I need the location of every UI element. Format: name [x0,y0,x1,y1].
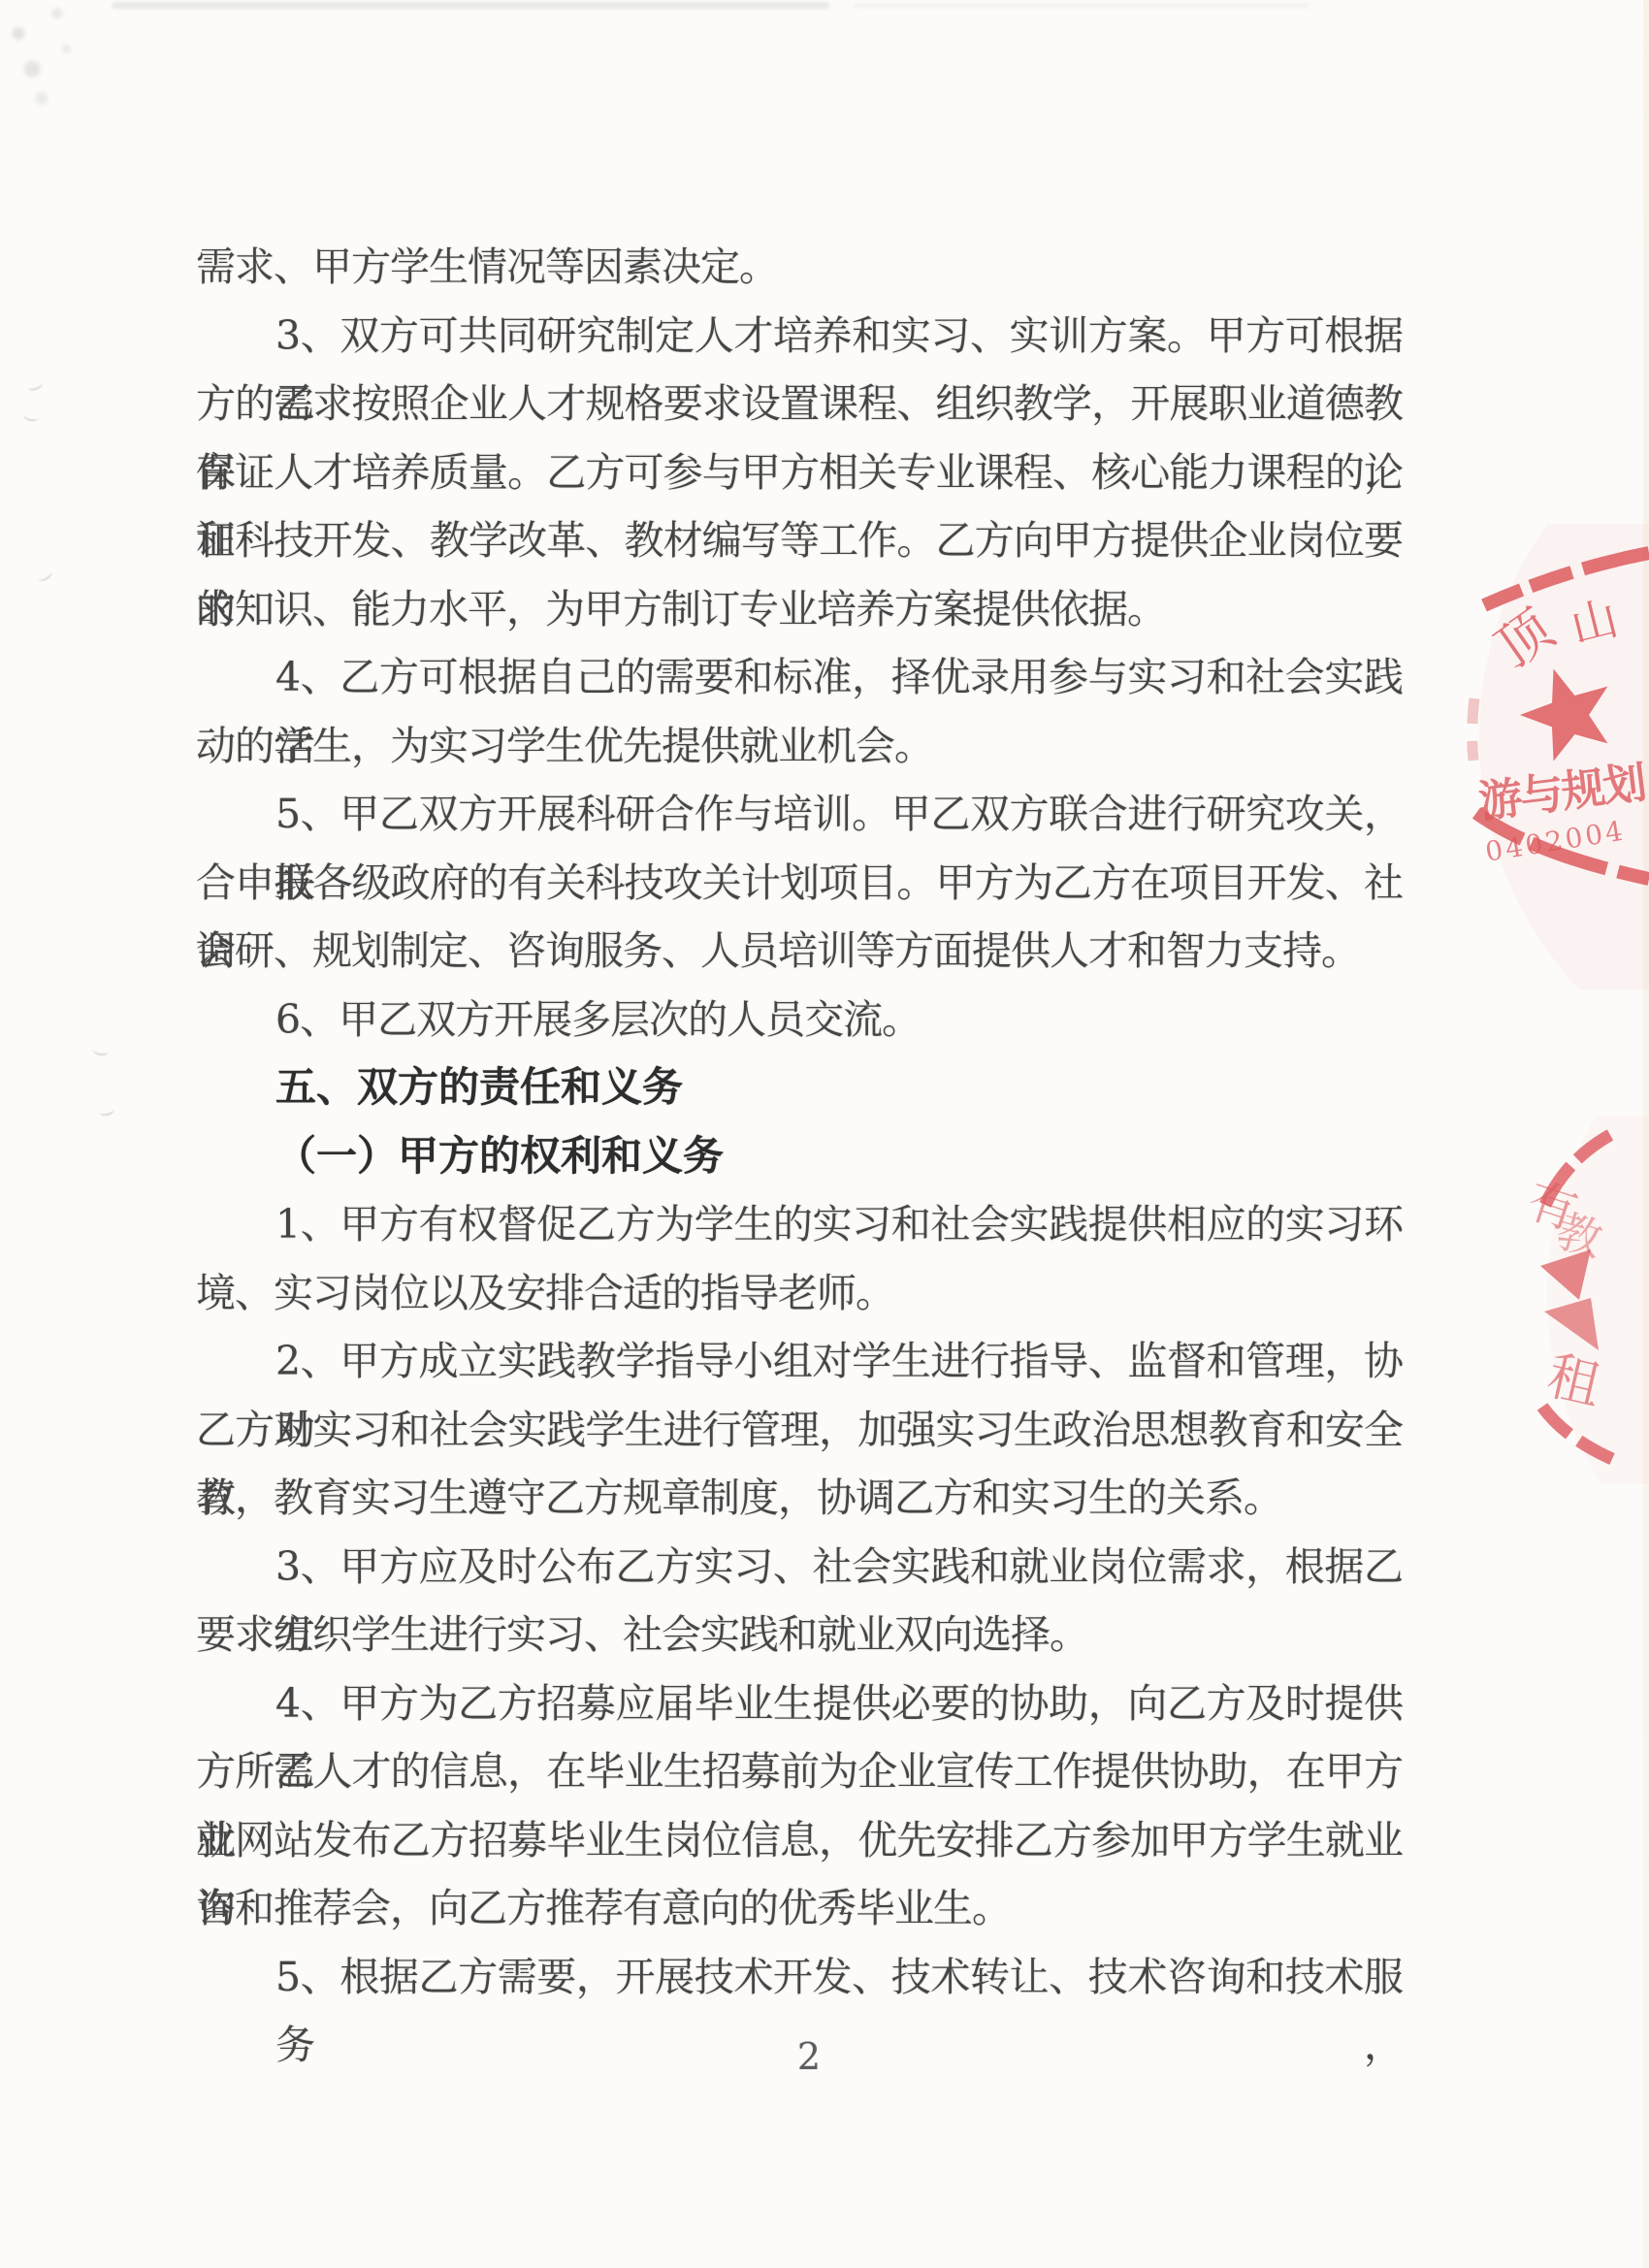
scan-streak-top-right [854,3,1309,8]
scan-smudge [22,409,40,422]
text-line: 业网站发布乙方招募毕业生岗位信息，优先安排乙方参加甲方学生就业咨 [196,1806,1403,1875]
text-line: 要求组织学生进行实习、社会实践和就业双向选择。 [196,1601,1403,1669]
red-seal-upper: 顶 山 游与规划 0402004 [1450,524,1649,989]
section-heading: 五、双方的责任和义务 [196,1053,1403,1122]
text-line: 和科技开发、教学改革、教材编写等工作。乙方向甲方提供企业岗位要求 [196,506,1403,575]
red-seal-lower: 有 教 租 [1508,1116,1649,1484]
page-number: 2 [0,2035,1633,2078]
text-line: 3、甲方应及时公布乙方实习、社会实践和就业岗位需求，根据乙方 [196,1533,1403,1602]
text-line: 5、根据乙方需要，开展技术开发、技术转让、技术咨询和技术服务， [196,1943,1403,2012]
scan-noise-top-left [0,0,92,112]
text-line: 方的需求按照企业人才规格要求设置课程、组织教学，开展职业道德教育， [196,370,1403,438]
text-line: 调研、规划制定、咨询服务、人员培训等方面提供人才和智力支持。 [196,917,1403,986]
scan-smudge [98,1104,115,1118]
text-line: 保证人才培养质量。乙方可参与甲方相关专业课程、核心能力课程的论证 [196,438,1403,507]
text-line: 6、甲乙双方开展多层次的人员交流。 [196,986,1403,1054]
text-line: 1、甲方有权督促乙方为学生的实习和社会实践提供相应的实习环 [196,1190,1403,1259]
text-line: 境、实习岗位以及安排合适的指导老师。 [196,1259,1403,1328]
text-line: 需求、甲方学生情况等因素决定。 [196,233,1403,302]
text-line: 合申报各级政府的有关科技攻关计划项目。甲方为乙方在项目开发、社会 [196,849,1403,918]
text-line: 5、甲乙双方开展科研合作与培训。甲乙双方联合进行研究攻关，联 [196,780,1403,849]
subsection-heading: （一）甲方的权利和义务 [196,1122,1403,1191]
text-line: 的知识、能力水平，为甲方制订专业培养方案提供依据。 [196,575,1403,644]
text-line: 2、甲方成立实践教学指导小组对学生进行指导、监督和管理，协助 [196,1327,1403,1396]
text-line: 乙方对实习和社会实践学生进行管理，加强实习生政治思想教育和安全教 [196,1396,1403,1465]
scan-smudge [36,567,54,584]
scan-smudge [26,378,44,392]
scan-smudge [92,1045,109,1056]
text-line: 询和推荐会，向乙方推荐有意向的优秀毕业生。 [196,1874,1403,1943]
document-body: 需求、甲方学生情况等因素决定。 3、双方可共同研究制定人才培养和实习、实训方案。… [196,233,1403,2011]
text-line: 4、乙方可根据自己的需要和标准，择优录用参与实习和社会实践活 [196,643,1403,712]
scanned-contract-page: 需求、甲方学生情况等因素决定。 3、双方可共同研究制定人才培养和实习、实训方案。… [0,0,1649,2268]
text-line: 动的学生，为实习学生优先提供就业机会。 [196,712,1403,781]
text-line: 方所需人才的信息，在毕业生招募前为企业宣传工作提供协助，在甲方就 [196,1737,1403,1806]
scan-streak-top [112,2,829,9]
text-line: 3、双方可共同研究制定人才培养和实习、实训方案。甲方可根据乙 [196,302,1403,371]
text-line: 4、甲方为乙方招募应届毕业生提供必要的协助，向乙方及时提供乙 [196,1669,1403,1738]
text-line: 育，教育实习生遵守乙方规章制度，协调乙方和实习生的关系。 [196,1464,1403,1533]
seal-ring-left-arc [1472,698,1474,761]
